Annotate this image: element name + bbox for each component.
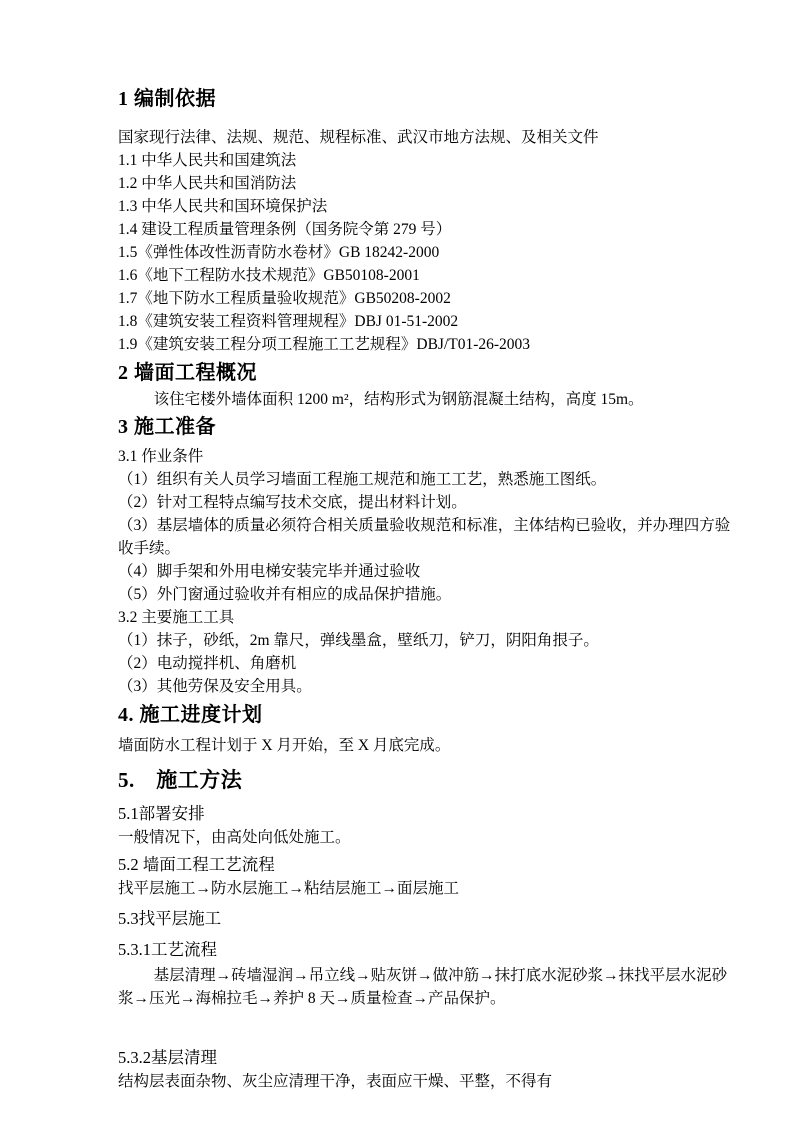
subheading-3-1-work-conditions: 3.1 作业条件 [118, 445, 741, 468]
body-line-wall-flow: 找平层施工→防水层施工→粘结层施工→面层施工 [118, 877, 741, 900]
body-line-1-6: 1.6《地下工程防水技术规范》GB50108-2001 [118, 264, 741, 287]
body-line-1-7: 1.7《地下防水工程质量验收规范》GB50208-2002 [118, 287, 741, 310]
body-line-1-8: 1.8《建筑安装工程资料管理规程》DBJ 01-51-2002 [118, 310, 741, 333]
body-line-deployment: 一般情况下，由高处向低处施工。 [118, 826, 741, 849]
body-line-tool-1: （1）抹子，砂纸，2m 靠尺，弹线墨盒，壁纸刀，铲刀，阴阳角拫子。 [118, 629, 741, 652]
body-line-schedule: 墙面防水工程计划于 X 月开始，至 X 月底完成。 [118, 734, 741, 757]
body-line-leveling-flow: 基层清理→砖墙湿润→吊立线→贴灰饼→做冲筋→抹打底水泥砂浆→抹找平层水泥砂浆→压… [118, 964, 741, 1010]
body-line-cond-2: （2）针对工程特点编写技术交底，提出材料计划。 [118, 491, 741, 514]
subheading-3-2-main-tools: 3.2 主要施工工具 [118, 606, 741, 629]
subheading-5-3-1-process-flow: 5.3.1工艺流程 [118, 938, 741, 962]
body-line-cond-1: （1）组织有关人员学习墙面工程施工规范和施工工艺，熟悉施工图纸。 [118, 468, 741, 491]
body-line-basis-intro: 国家现行法律、法规、规范、规程标准、武汉市地方法规、及相关文件 [118, 126, 741, 149]
heading-compilation-basis: 1 编制依据 [118, 86, 741, 112]
body-line-1-5: 1.5《弹性体改性沥青防水卷材》GB 18242-2000 [118, 241, 741, 264]
body-line-1-2: 1.2 中华人民共和国消防法 [118, 172, 741, 195]
heading-construction-preparation: 3 施工准备 [118, 414, 741, 440]
body-line-cond-4: （4）脚手架和外用电梯安装完毕并通过验收 [118, 560, 741, 583]
heading-wall-project-overview: 2 墙面工程概况 [118, 360, 741, 386]
body-line-tool-2: （2）电动搅拌机、角磨机 [118, 652, 741, 675]
body-line-cond-3: （3）基层墙体的质量必须符合相关质量验收规范和标准，主体结构已验收，并办理四方验… [118, 514, 741, 560]
document-page: 1 编制依据 国家现行法律、法规、规范、规程标准、武汉市地方法规、及相关文件 1… [0, 0, 793, 1122]
body-line-base-cleaning: 结构层表面杂物、灰尘应清理干净，表面应干燥、平整，不得有 [118, 1070, 741, 1093]
heading-construction-method: 5. 施工方法 [118, 767, 741, 794]
heading-construction-schedule: 4. 施工进度计划 [118, 702, 741, 728]
body-line-overview: 该住宅楼外墙体面积 1200 m²，结构形式为钢筋混凝土结构，高度 15m。 [118, 388, 741, 411]
subheading-5-2-process-flow: 5.2 墙面工程工艺流程 [118, 853, 741, 877]
body-line-1-1: 1.1 中华人民共和国建筑法 [118, 149, 741, 172]
body-line-1-4: 1.4 建设工程质量管理条例（国务院令第 279 号） [118, 218, 741, 241]
body-line-cond-5: （5）外门窗通过验收并有相应的成品保护措施。 [118, 583, 741, 606]
body-line-tool-3: （3）其他劳保及安全用具。 [118, 675, 741, 698]
subheading-5-1-deployment: 5.1部署安排 [118, 802, 741, 826]
body-line-1-3: 1.3 中华人民共和国环境保护法 [118, 195, 741, 218]
subheading-5-3-leveling-layer: 5.3找平层施工 [118, 907, 741, 931]
body-line-1-9: 1.9《建筑安装工程分项工程施工工艺规程》DBJ/T01-26-2003 [118, 333, 741, 356]
subheading-5-3-2-base-cleaning: 5.3.2基层清理 [118, 1046, 741, 1070]
